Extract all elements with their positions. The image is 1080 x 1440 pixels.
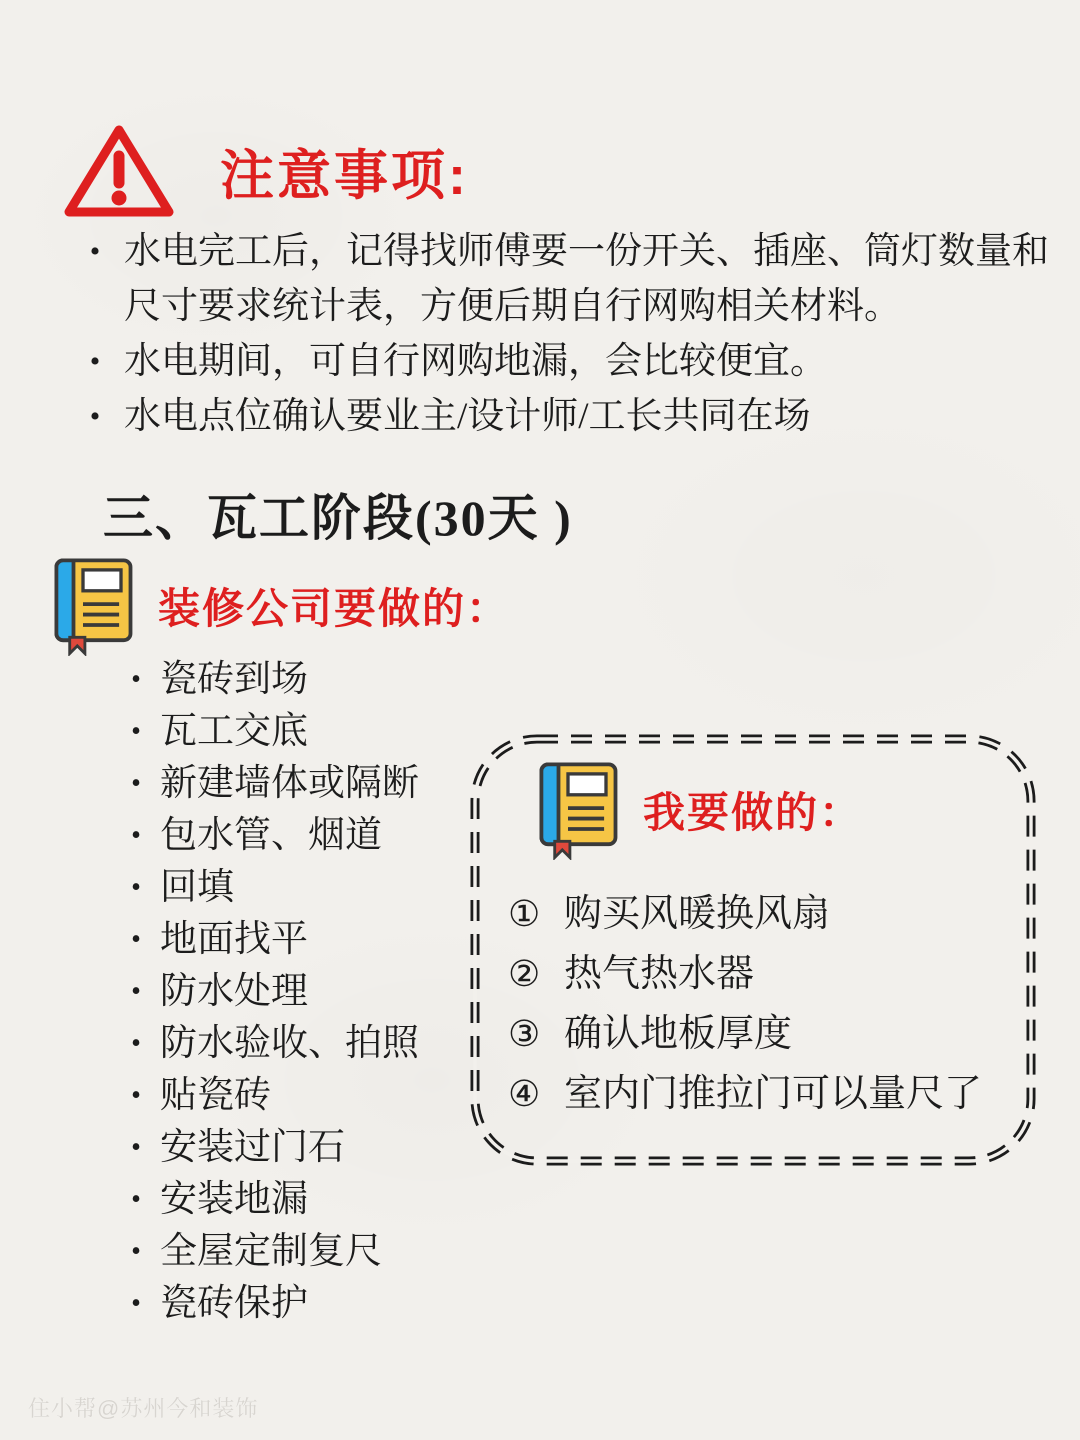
warning-note-text: 水电点位确认要业主/设计师/工长共同在场 — [124, 389, 1056, 444]
my-task-text: 确认地板厚度 — [564, 1004, 792, 1064]
circled-number: ③ — [508, 1004, 564, 1064]
notebook-icon — [530, 760, 625, 860]
bullet-dot-icon: • — [112, 758, 160, 810]
stage-title: 三、瓦工阶段(30天 ) — [103, 478, 573, 550]
company-task-text: 安装过门石 — [160, 1122, 345, 1174]
company-task: •安装地漏 — [112, 1174, 532, 1226]
company-task-text: 回填 — [160, 862, 234, 914]
company-task-text: 全屋定制复尺 — [160, 1226, 382, 1278]
bullet-dot-icon: • — [112, 1018, 160, 1070]
company-task-text: 防水处理 — [160, 966, 308, 1018]
my-task: ③ 确认地板厚度 — [508, 1004, 1008, 1064]
circled-number: ② — [508, 944, 564, 1004]
company-task-text: 地面找平 — [160, 914, 308, 966]
bullet-dot-icon: • — [66, 389, 124, 444]
infographic-page: 注意事项: • 水电完工后，记得找师傅要一份开关、插座、筒灯数量和尺寸要求统计表… — [0, 0, 1080, 1440]
company-task-text: 瓷砖到场 — [160, 654, 308, 706]
my-task: ④ 室内门推拉门可以量尺了 — [508, 1064, 1008, 1124]
bullet-dot-icon: • — [112, 966, 160, 1018]
my-task: ② 热气热水器 — [508, 944, 1008, 1004]
warning-notes-list: • 水电完工后，记得找师傅要一份开关、插座、筒灯数量和尺寸要求统计表，方便后期自… — [66, 224, 1056, 444]
bullet-dot-icon: • — [112, 1122, 160, 1174]
my-tasks-list: ① 购买风暖换风扇 ② 热气热水器 ③ 确认地板厚度 ④ 室内门推拉门可以量尺了 — [508, 884, 1008, 1124]
company-task-text: 安装地漏 — [160, 1174, 308, 1226]
watermark: 住小帮@苏州今和装饰 — [28, 1392, 258, 1423]
bullet-dot-icon: • — [112, 1226, 160, 1278]
company-task: •全屋定制复尺 — [112, 1226, 532, 1278]
my-tasks-title: 我要做的： — [643, 780, 863, 840]
warning-triangle-icon — [60, 120, 178, 222]
company-task: •瓷砖到场 — [112, 654, 532, 706]
my-task-text: 室内门推拉门可以量尺了 — [564, 1064, 982, 1124]
warning-note-text: 水电期间，可自行网购地漏，会比较便宜。 — [124, 334, 1056, 389]
bullet-dot-icon: • — [66, 224, 124, 334]
my-tasks-box: 我要做的： ① 购买风暖换风扇 ② 热气热水器 ③ 确认地板厚度 ④ 室内门推拉… — [468, 732, 1038, 1168]
warning-title: 注意事项: — [220, 133, 469, 210]
company-task-text: 瓷砖保护 — [160, 1278, 308, 1330]
bullet-dot-icon: • — [112, 862, 160, 914]
warning-note-text: 水电完工后，记得找师傅要一份开关、插座、筒灯数量和尺寸要求统计表，方便后期自行网… — [124, 224, 1056, 334]
my-task-text: 购买风暖换风扇 — [564, 884, 830, 944]
my-task: ① 购买风暖换风扇 — [508, 884, 1008, 944]
bullet-dot-icon: • — [112, 654, 160, 706]
bullet-dot-icon: • — [112, 1070, 160, 1122]
notebook-icon — [45, 556, 140, 656]
bullet-dot-icon: • — [66, 334, 124, 389]
company-tasks-heading: 装修公司要做的： — [45, 556, 510, 656]
bullet-dot-icon: • — [112, 1278, 160, 1330]
warning-header: 注意事项: — [60, 120, 469, 222]
bullet-dot-icon: • — [112, 706, 160, 758]
company-task-text: 瓦工交底 — [160, 706, 308, 758]
my-tasks-heading: 我要做的： — [530, 760, 863, 860]
warning-note: • 水电点位确认要业主/设计师/工长共同在场 — [66, 389, 1056, 444]
circled-number: ① — [508, 884, 564, 944]
bullet-dot-icon: • — [112, 914, 160, 966]
bullet-dot-icon: • — [112, 810, 160, 862]
company-tasks-title: 装修公司要做的： — [158, 576, 510, 636]
my-task-text: 热气热水器 — [564, 944, 754, 1004]
circled-number: ④ — [508, 1064, 564, 1124]
company-task-text: 贴瓷砖 — [160, 1070, 271, 1122]
bullet-dot-icon: • — [112, 1174, 160, 1226]
company-task-text: 防水验收、拍照 — [160, 1018, 419, 1070]
company-task-text: 新建墙体或隔断 — [160, 758, 419, 810]
warning-note: • 水电完工后，记得找师傅要一份开关、插座、筒灯数量和尺寸要求统计表，方便后期自… — [66, 224, 1056, 334]
warning-note: • 水电期间，可自行网购地漏，会比较便宜。 — [66, 334, 1056, 389]
company-task: •瓷砖保护 — [112, 1278, 532, 1330]
company-task-text: 包水管、烟道 — [160, 810, 382, 862]
